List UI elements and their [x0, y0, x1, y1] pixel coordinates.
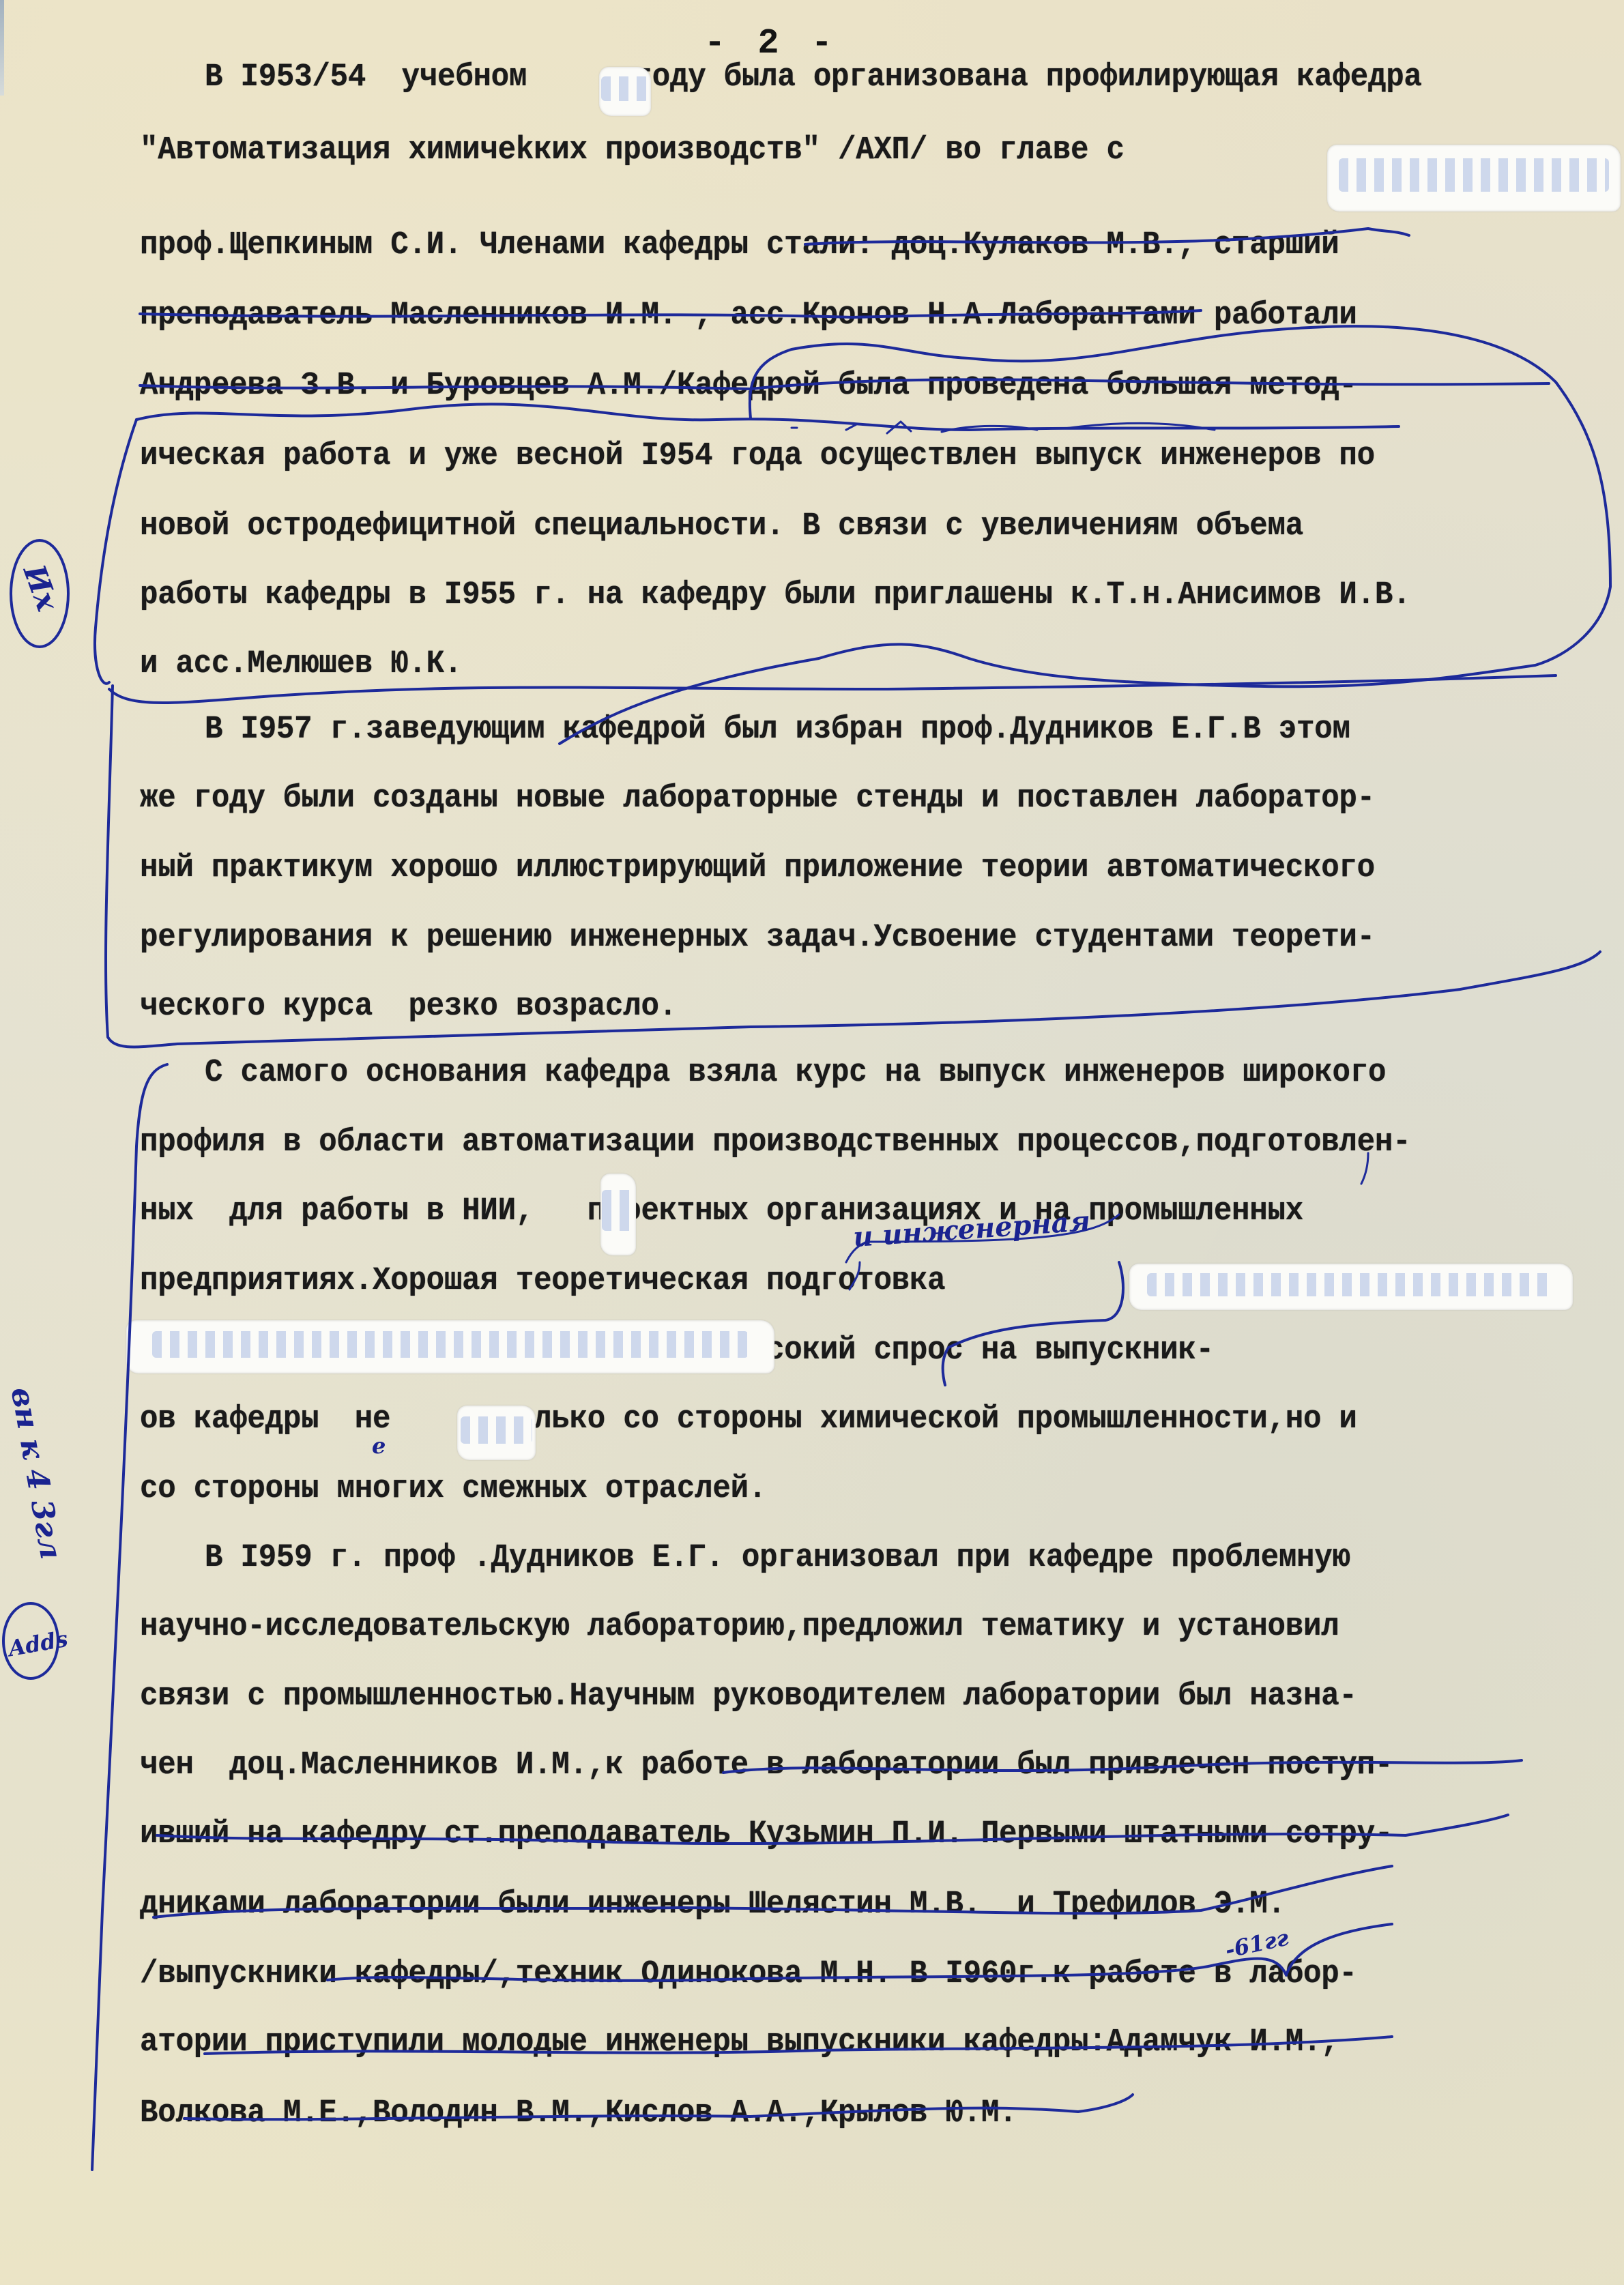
- text-line: ный практикум хорошо иллюстрирующий прил…: [140, 849, 1375, 886]
- text-line: и асс.Мелюшев Ю.К.: [140, 645, 462, 682]
- text-line: ивший на кафедру ст.преподаватель Кузьми…: [140, 1816, 1393, 1852]
- text-line: профиля в области автоматизации производ…: [140, 1124, 1410, 1161]
- text-line: ов кафедры не только со стороны химическ…: [140, 1401, 1357, 1438]
- text-line: научно-исследовательскую лабораторию,пре…: [140, 1608, 1339, 1645]
- whiteout-patch: [600, 1174, 636, 1255]
- margin-annotation: Их: [18, 562, 63, 615]
- scan-edge: [0, 0, 4, 96]
- bracket-line: [95, 420, 136, 684]
- margin-annotation: вн к 3гл: [0, 737, 8, 882]
- text-line: преподаватель Масленников И.М. , асс.Кро…: [140, 297, 1357, 334]
- text-line: Волкова М.Е.,Володин В.М.,Кислов А.А.,Кр…: [140, 2095, 1017, 2131]
- text-line: предприятиях.Хорошая теоретическая подго…: [140, 1262, 945, 1299]
- text-line: В I953/54 учебном году была организована…: [205, 59, 1422, 96]
- text-line: новой остродефицитной специальности. В с…: [140, 508, 1303, 544]
- text-line: регулирования к решению инженерных задач…: [140, 919, 1375, 956]
- emphasis-marks: [792, 422, 1215, 433]
- margin-annotation: Adds: [6, 1626, 70, 1662]
- text-line: атории приступили молодые инженеры выпус…: [140, 2024, 1339, 2061]
- bracket-loop: [136, 404, 1399, 430]
- text-line: связи с промышленностью.Научным руководи…: [140, 1678, 1357, 1715]
- margin-annotation: вн к 4 3гл: [6, 1385, 66, 1562]
- page-number: - 2 -: [696, 23, 846, 63]
- text-line: чен доц.Масленников И.М.,к работе в лабо…: [140, 1747, 1393, 1784]
- text-line: же году были созданы новые лабораторные …: [140, 780, 1375, 817]
- text-line: ных для работы в НИИ, проектных организа…: [140, 1193, 1303, 1229]
- whiteout-patch: [1327, 145, 1621, 212]
- text-line: дниками лаборатории были инженеры Шеляст…: [140, 1886, 1286, 1923]
- text-line: В I957 г.заведующим кафедрой был избран …: [205, 711, 1350, 748]
- text-line: В I959 г. проф .Дудников Е.Г. организова…: [205, 1539, 1350, 1576]
- text-line: работы кафедры в I955 г. на кафедру были…: [140, 577, 1410, 613]
- whiteout-patch: [457, 1406, 536, 1460]
- text-line: проф.Щепкиным С.И. Членами кафедры стали…: [140, 227, 1339, 263]
- whiteout-patch: [1129, 1264, 1573, 1310]
- text-line: Андреева З.В. и Буровцев А.М./Кафедрой б…: [140, 367, 1357, 404]
- text-line: со стороны многих смежных отраслей.: [140, 1470, 766, 1507]
- text-line: /выпускники кафедры/,техник Одинокова М.…: [140, 1955, 1357, 1992]
- whiteout-patch: [599, 67, 651, 116]
- whiteout-patch: [126, 1320, 774, 1373]
- text-line: С самого основания кафедра взяла курс на…: [205, 1054, 1386, 1091]
- text-line: ческого курса резко возрасло.: [140, 988, 677, 1025]
- text-line: ическая работа и уже весной I954 года ос…: [140, 437, 1375, 474]
- text-line: "Автоматизация химичеkких производств" /…: [140, 132, 1125, 169]
- handwritten-correction: е: [372, 1433, 386, 1459]
- document-page: - 2 - В I953/54 учебном году была органи…: [0, 0, 1624, 2285]
